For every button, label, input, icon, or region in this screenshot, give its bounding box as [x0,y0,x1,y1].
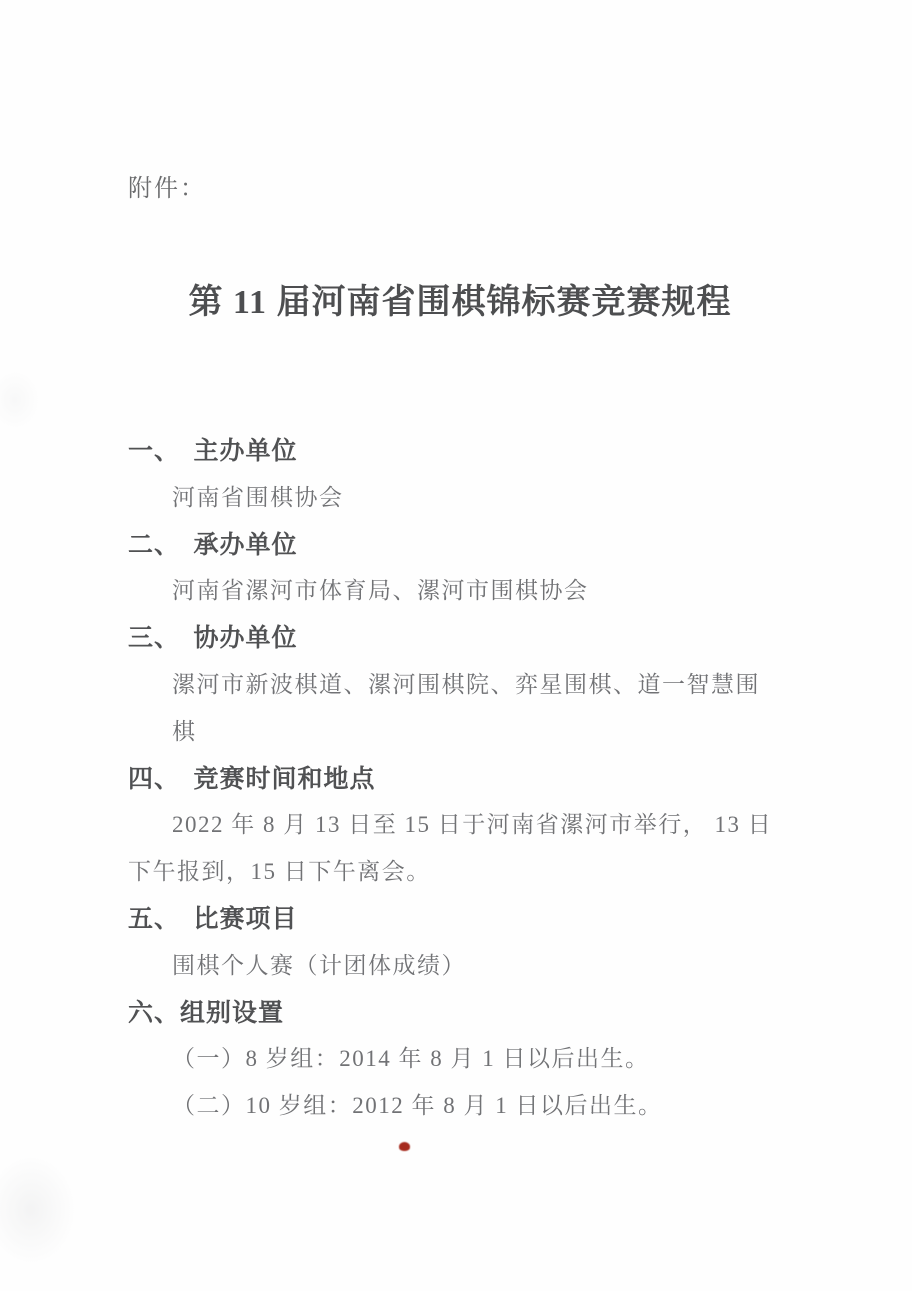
scanned-page: 附件： 第 11 届河南省围棋锦标赛竞赛规程 一、 主办单位 河南省围棋协会 二… [0,0,912,1291]
document-title: 第 11 届河南省围棋锦标赛竞赛规程 [128,282,792,324]
section-heading-4: 四、 竞赛时间和地点 [128,756,794,803]
section-body-line: 2022 年 8 月 13 日至 15 日于河南省漯河市举行， 13 日 [128,802,794,849]
red-ink-mark [399,1142,410,1151]
section-body-line: 下午报到，15 日下午离会。 [128,849,794,896]
section-heading-2: 二、 承办单位 [128,522,794,569]
section-heading-6: 六、组别设置 [128,990,794,1037]
section-body-line: 河南省漯河市体育局、漯河市围棋协会 [128,568,794,615]
section-body-line: 河南省围棋协会 [128,475,794,522]
section-body-line: 围棋个人赛（计团体成绩） [128,943,794,990]
section-heading-1: 一、 主办单位 [128,428,794,475]
list-item-group-10: （二）10 岁组：2012 年 8 月 1 日以后出生。 [128,1083,794,1130]
document-body: 一、 主办单位 河南省围棋协会 二、 承办单位 河南省漯河市体育局、漯河市围棋协… [128,428,794,1130]
section-heading-3: 三、 协办单位 [128,615,794,662]
attachment-label: 附件： [128,172,206,206]
list-item-group-8: （一）8 岁组：2014 年 8 月 1 日以后出生。 [128,1036,794,1083]
section-body-line: 漯河市新波棋道、漯河围棋院、弈星围棋、道一智慧围 [128,662,794,709]
section-body-line: 棋 [128,709,794,756]
section-heading-5: 五、 比赛项目 [128,896,794,943]
scan-smudge [0,1155,76,1265]
scan-smudge [0,370,40,430]
